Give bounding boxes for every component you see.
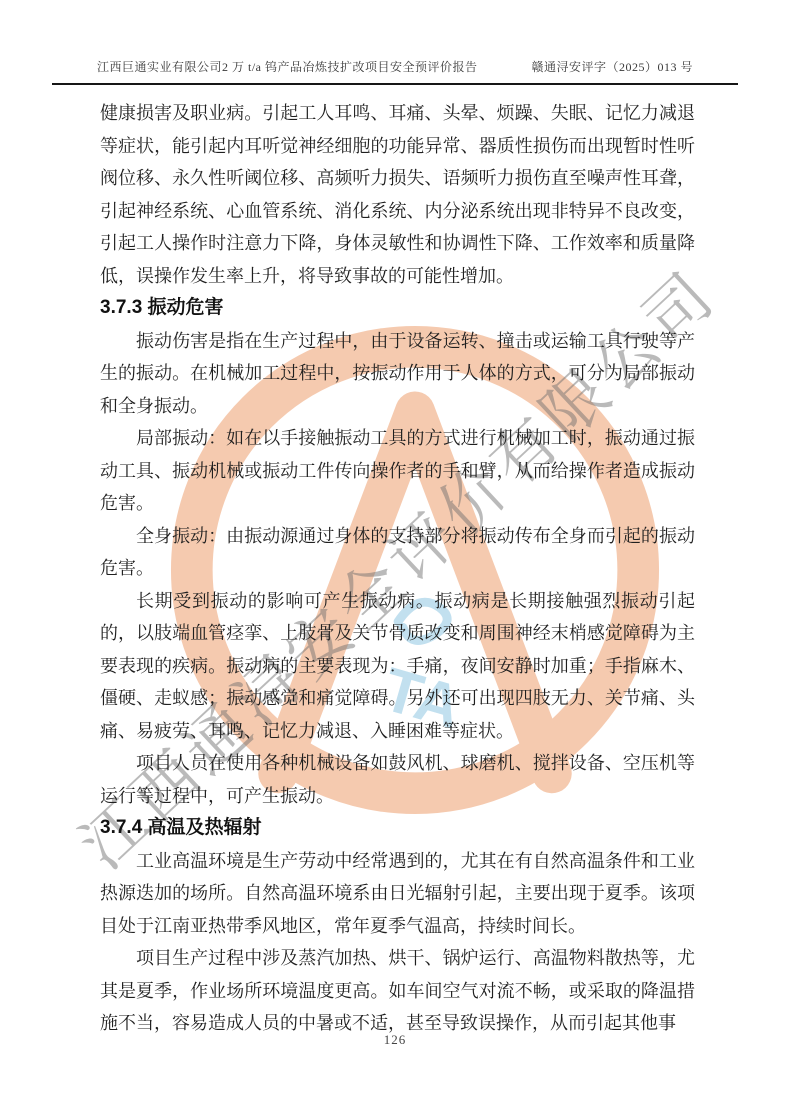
page-footer: 126: [0, 1032, 790, 1048]
paragraph-vibration-sources: 项目人员在使用各种机械设备如鼓风机、球磨机、搅拌设备、空压机等运行等过程中，可产…: [100, 747, 695, 812]
header-doc-number: 赣通浔安评字（2025）013 号: [531, 58, 693, 75]
page-number: 126: [384, 1032, 407, 1047]
paragraph-vibration-disease: 长期受到振动的影响可产生振动病。振动病是长期接触强烈振动引起的，以肢端血管痉挛、…: [100, 585, 695, 748]
header-report-title: 江西巨通实业有限公司2 万 t/a 钨产品冶炼技扩改项目安全预评价报告: [97, 58, 478, 75]
paragraph-vibration-intro: 振动伤害是指在生产过程中，由于设备运转、撞击或运输工具行驶等产生的振动。在机械加…: [100, 325, 695, 423]
paragraph-whole-body-vibration: 全身振动：由振动源通过身体的支持部分将振动传布全身而引起的振动危害。: [100, 520, 695, 585]
document-body: 健康损害及职业病。引起工人耳鸣、耳痛、头晕、烦躁、失眠、记忆力减退等症状，能引起…: [100, 97, 695, 1040]
page-header: 江西巨通实业有限公司2 万 t/a 钨产品冶炼技扩改项目安全预评价报告 赣通浔安…: [52, 0, 738, 85]
paragraph-high-temp-project: 项目生产过程中涉及蒸汽加热、烘干、锅炉运行、高温物料散热等，尤其是夏季，作业场所…: [100, 942, 695, 1040]
paragraph-local-vibration: 局部振动：如在以手接触振动工具的方式进行机械加工时，振动通过振动工具、振动机械或…: [100, 422, 695, 520]
paragraph-noise-effects-continued: 健康损害及职业病。引起工人耳鸣、耳痛、头晕、烦躁、失眠、记忆力减退等症状，能引起…: [100, 97, 695, 292]
page-content: 江西巨通实业有限公司2 万 t/a 钨产品冶炼技扩改项目安全预评价报告 赣通浔安…: [0, 0, 790, 1040]
paragraph-high-temp-intro: 工业高温环境是生产劳动中经常遇到的，尤其在有自然高温条件和工业热源迭加的场所。自…: [100, 845, 695, 943]
section-heading-3-7-4: 3.7.4 高温及热辐射: [100, 812, 695, 845]
page-header-row: 江西巨通实业有限公司2 万 t/a 钨产品冶炼技扩改项目安全预评价报告 赣通浔安…: [52, 58, 738, 75]
section-heading-3-7-3: 3.7.3 振动危害: [100, 292, 695, 325]
document-page: TA 江西通浔安全评价有限公司 江西巨通实业有限公司2 万 t/a 钨产品冶炼技…: [0, 0, 790, 1117]
